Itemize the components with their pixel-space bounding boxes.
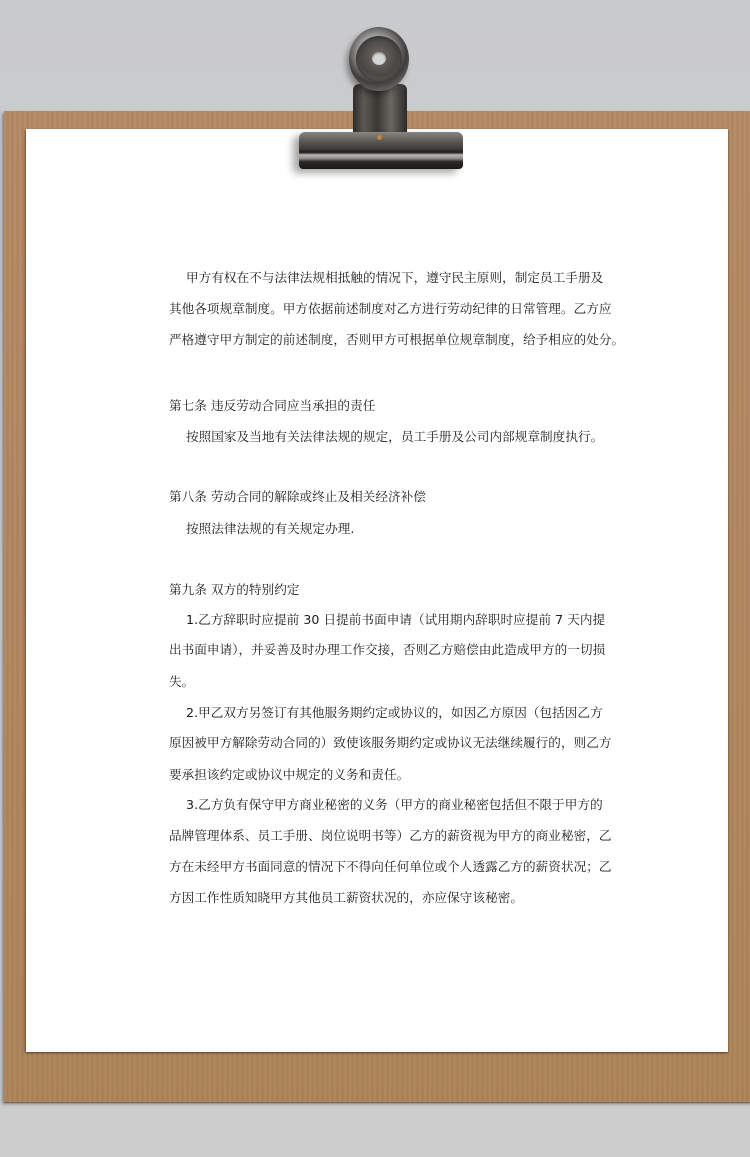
clip-hole (372, 52, 386, 65)
article-7-heading: 第七条 违反劳动合同应当承担的责任 (169, 398, 375, 414)
article-9-item-1: 出书面申请），并妥善及时办理工作交接，否则乙方赔偿由此造成甲方的一切损 (169, 642, 605, 658)
paragraph-line: 其他各项规章制度。甲方依据前述制度对乙方进行劳动纪律的日常管理。乙方应 (169, 301, 612, 317)
paper-sheet (26, 129, 728, 1052)
clip-neck (353, 84, 407, 136)
article-9-item-1: 失。 (169, 674, 194, 690)
article-9-heading: 第九条 双方的特别约定 (169, 582, 300, 598)
article-9-item-3: 方因工作性质知晓甲方其他员工薪资状况的，亦应保守该秘密。 (169, 890, 523, 906)
article-9-item-2: 原因被甲方解除劳动合同的）致使该服务期约定或协议无法继续履行的，则乙方 (169, 735, 612, 751)
paragraph-line: 甲方有权在不与法律法规相抵触的情况下，遵守民主原则，制定员工手册及 (169, 270, 603, 286)
article-7-body: 按照国家及当地有关法律法规的规定，员工手册及公司内部规章制度执行。 (169, 429, 603, 445)
article-9-item-3: 品牌管理体系、员工手册、岗位说明书等）乙方的薪资视为甲方的商业秘密，乙 (169, 828, 612, 844)
article-8-body: 按照法律法规的有关规定办理. (169, 521, 354, 537)
paragraph-line: 严格遵守甲方制定的前述制度，否则甲方可根据单位规章制度，给予相应的处分。 (169, 332, 624, 348)
article-9-item-3: 方在未经甲方书面同意的情况下不得向任何单位或个人透露乙方的薪资状况；乙 (169, 859, 612, 875)
article-9-item-2: 2.甲乙双方另签订有其他服务期约定或协议的，如因乙方原因（包括因乙方 (169, 705, 603, 721)
article-8-heading: 第八条 劳动合同的解除或终止及相关经济补偿 (169, 489, 426, 505)
article-9-item-3: 3.乙方负有保守甲方商业秘密的义务（甲方的商业秘密包括但不限于甲方的 (169, 797, 603, 813)
article-9-item-1: 1.乙方辞职时应提前 30 日提前书面申请（试用期内辞职时应提前 7 天内提 (169, 612, 605, 628)
article-9-item-2: 要承担该约定或协议中规定的义务和责任。 (169, 767, 409, 783)
clip-rivet-icon (377, 135, 382, 140)
